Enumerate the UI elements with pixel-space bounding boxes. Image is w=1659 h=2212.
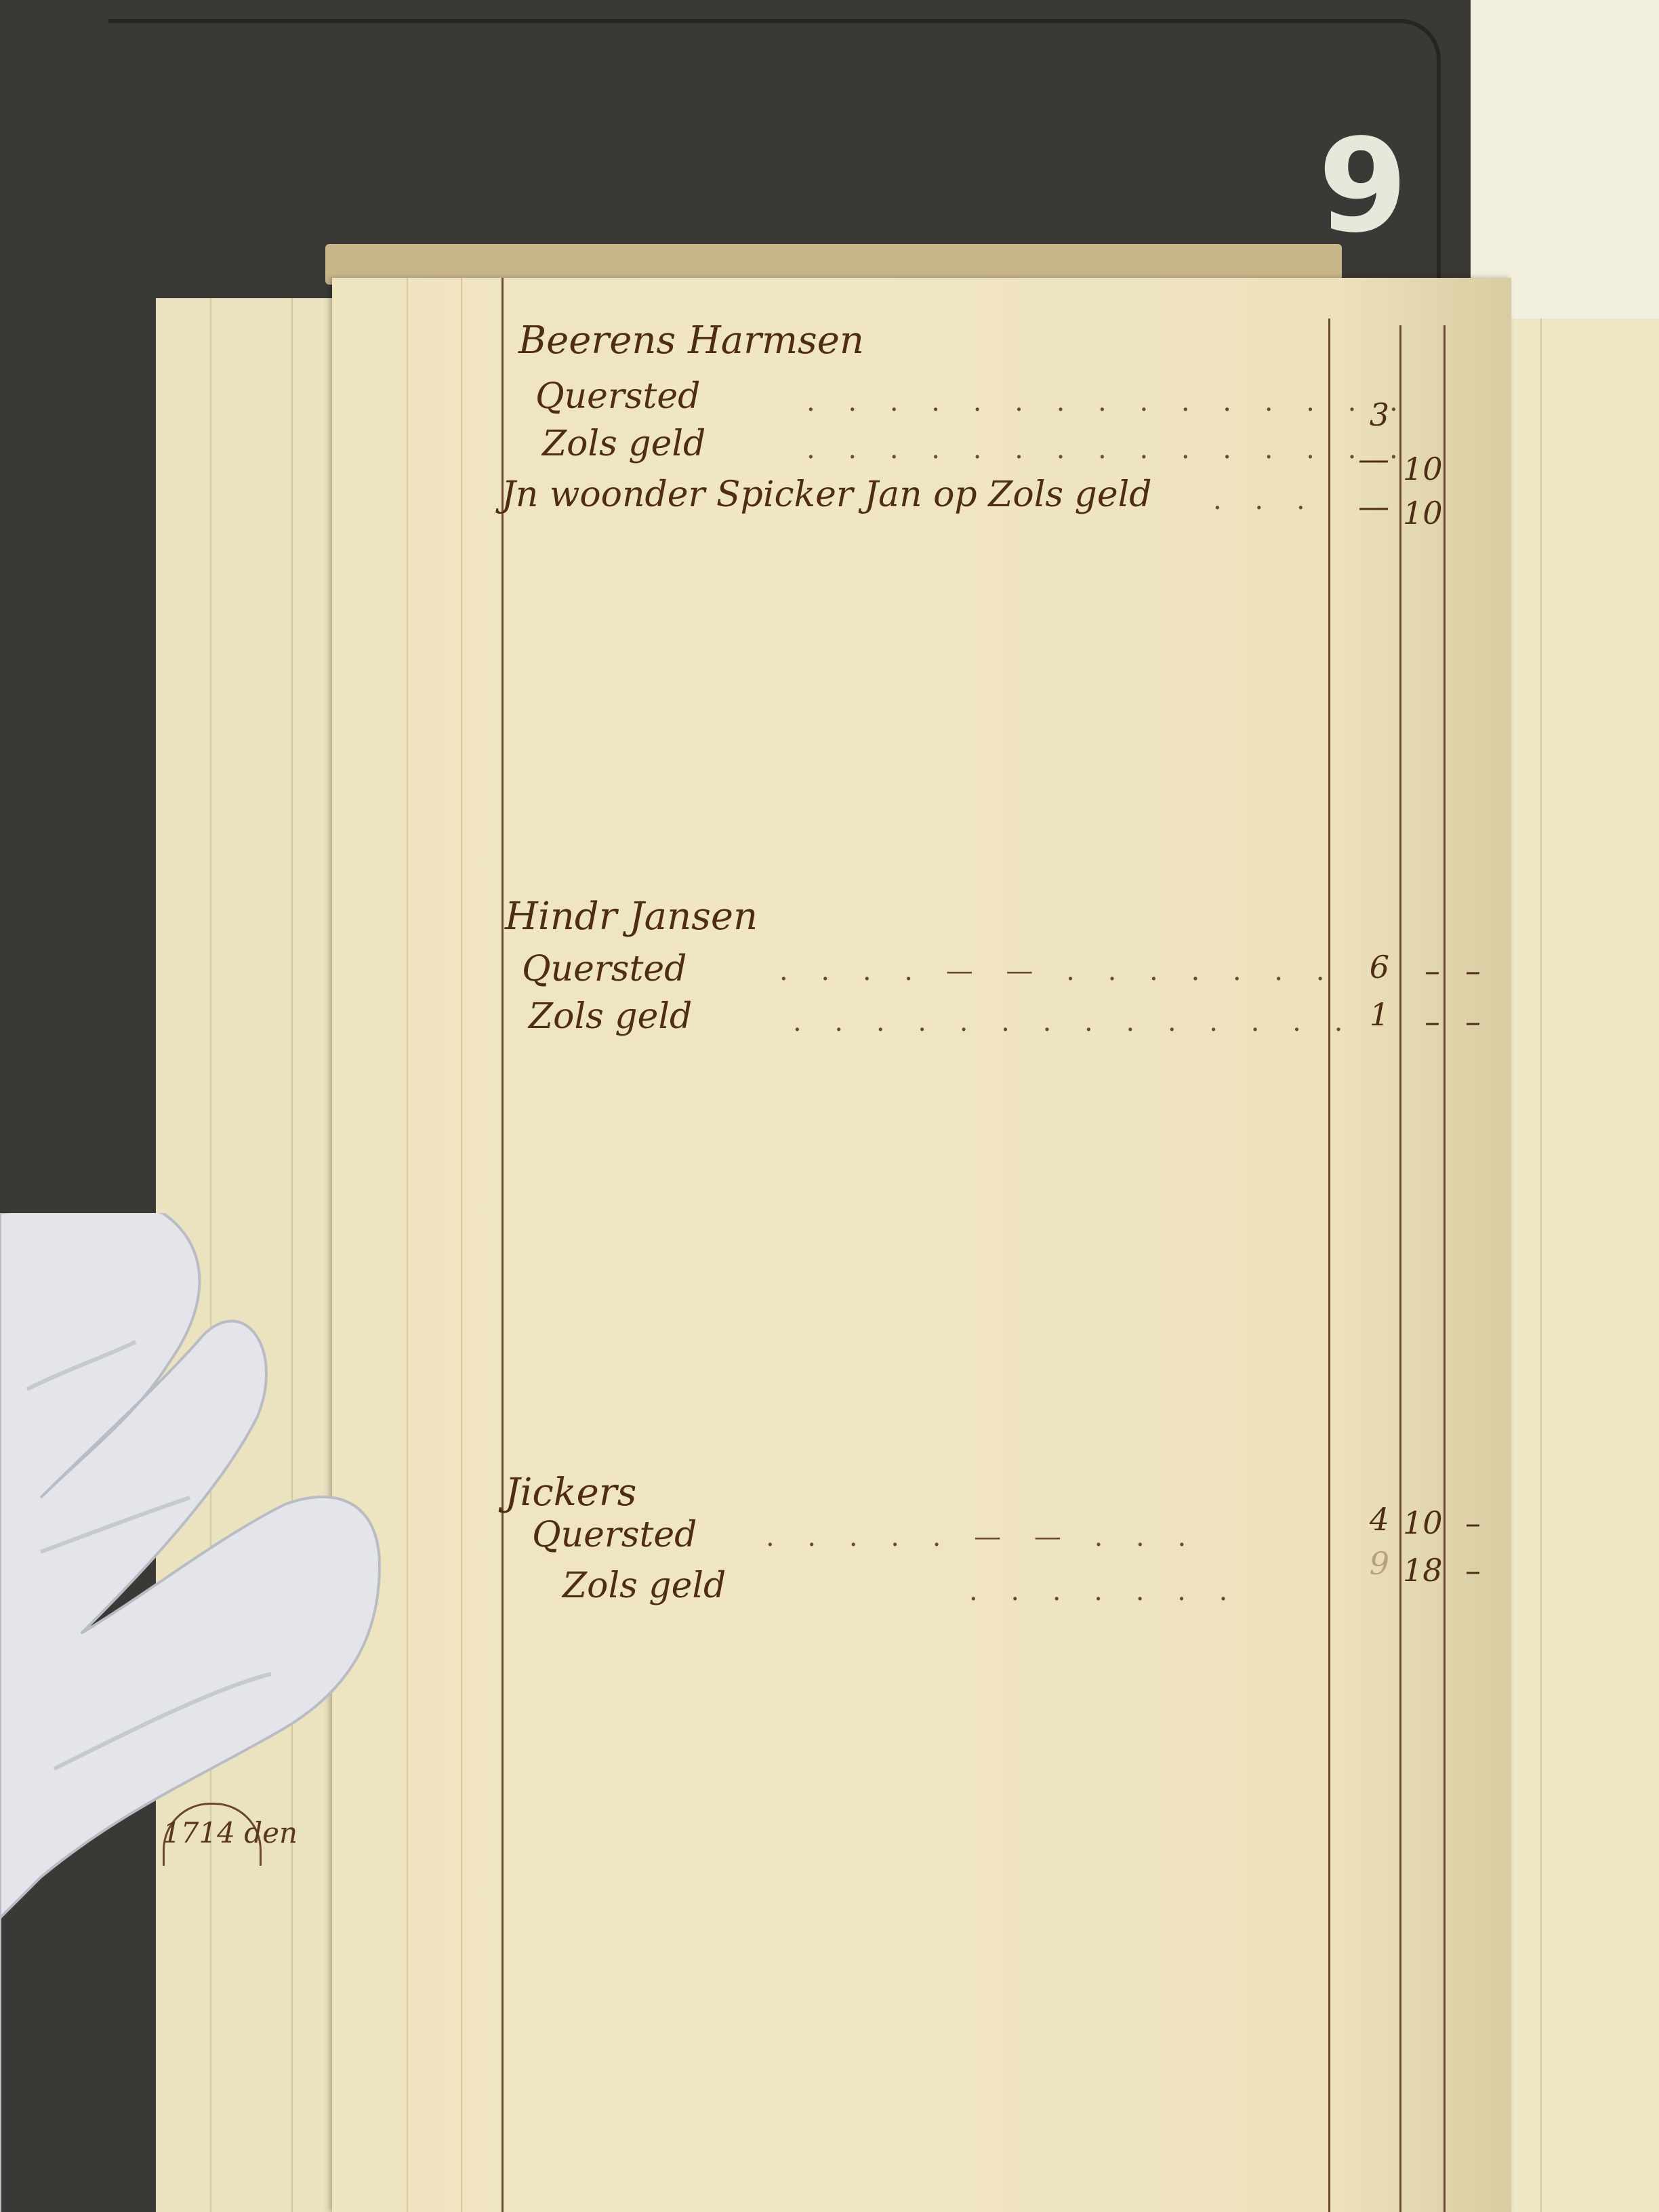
guilders-value: 4 — [1335, 1501, 1389, 1538]
entry-line-label: Quersted — [532, 1515, 697, 1555]
ruled-line — [1540, 319, 1542, 2212]
margin-rule — [461, 278, 462, 2212]
penningen-value: – — [1447, 1504, 1481, 1541]
dot-leader: . . . — [1213, 485, 1317, 516]
guilders-value: 3 — [1335, 396, 1389, 433]
penningen-column-rule — [1443, 325, 1446, 2212]
entry-name: Hindr Jansen — [505, 895, 758, 939]
white-glove-hand — [0, 1213, 461, 2212]
penningen-value: – — [1447, 1552, 1481, 1589]
dot-leader: . . . . — — . . . . . . . — [779, 956, 1336, 987]
guilders-value: 9 — [1335, 1545, 1389, 1582]
entry-line-label: Zols geld — [529, 996, 692, 1037]
entry-line-label: Zols geld — [562, 1565, 726, 1606]
ledger-page: Beerens Harmsen Quersted . . . . . . . .… — [332, 278, 1511, 2212]
dot-leader: . . . . . . . — [969, 1576, 1240, 1607]
entry-line-label: Jn woonder Spicker Jan op Zols geld — [501, 474, 1152, 515]
background-right — [1457, 0, 1659, 319]
stuivers-value: 10 — [1403, 495, 1440, 531]
stuivers-column-rule — [1399, 325, 1401, 2212]
folder-number-label: 9 — [1318, 122, 1408, 251]
entry-line-label: Quersted — [522, 949, 687, 989]
text-column-rule — [501, 278, 504, 2212]
guilders-value: 6 — [1335, 949, 1389, 985]
entry-line-label: Quersted — [535, 376, 700, 417]
dot-leader: . . . . . . . . . . . . . . . — [806, 434, 1410, 465]
stuivers-value: 10 — [1403, 1504, 1440, 1541]
guilders-value: 1 — [1335, 996, 1389, 1033]
penningen-value: – — [1447, 952, 1481, 989]
guilders-value: — — [1335, 488, 1389, 525]
guilders-column-rule — [1328, 319, 1330, 2212]
stuivers-value: 10 — [1403, 451, 1440, 487]
entry-line-label: Zols geld — [542, 424, 705, 464]
dot-leader: . . . . . — — . . . — [766, 1521, 1198, 1553]
entry-name: Beerens Harmsen — [518, 319, 864, 363]
stuivers-value: 18 — [1403, 1552, 1440, 1589]
stuivers-value: – — [1403, 952, 1440, 989]
dot-leader: . . . . . . . . . . . . . . . — [806, 386, 1410, 417]
penningen-value: – — [1447, 1003, 1481, 1040]
stuivers-value: – — [1403, 1003, 1440, 1040]
guilders-value: — — [1335, 441, 1389, 477]
dot-leader: . . . . . . . . . . . . . . — [793, 1006, 1355, 1038]
entry-name: Jickers — [505, 1471, 636, 1515]
